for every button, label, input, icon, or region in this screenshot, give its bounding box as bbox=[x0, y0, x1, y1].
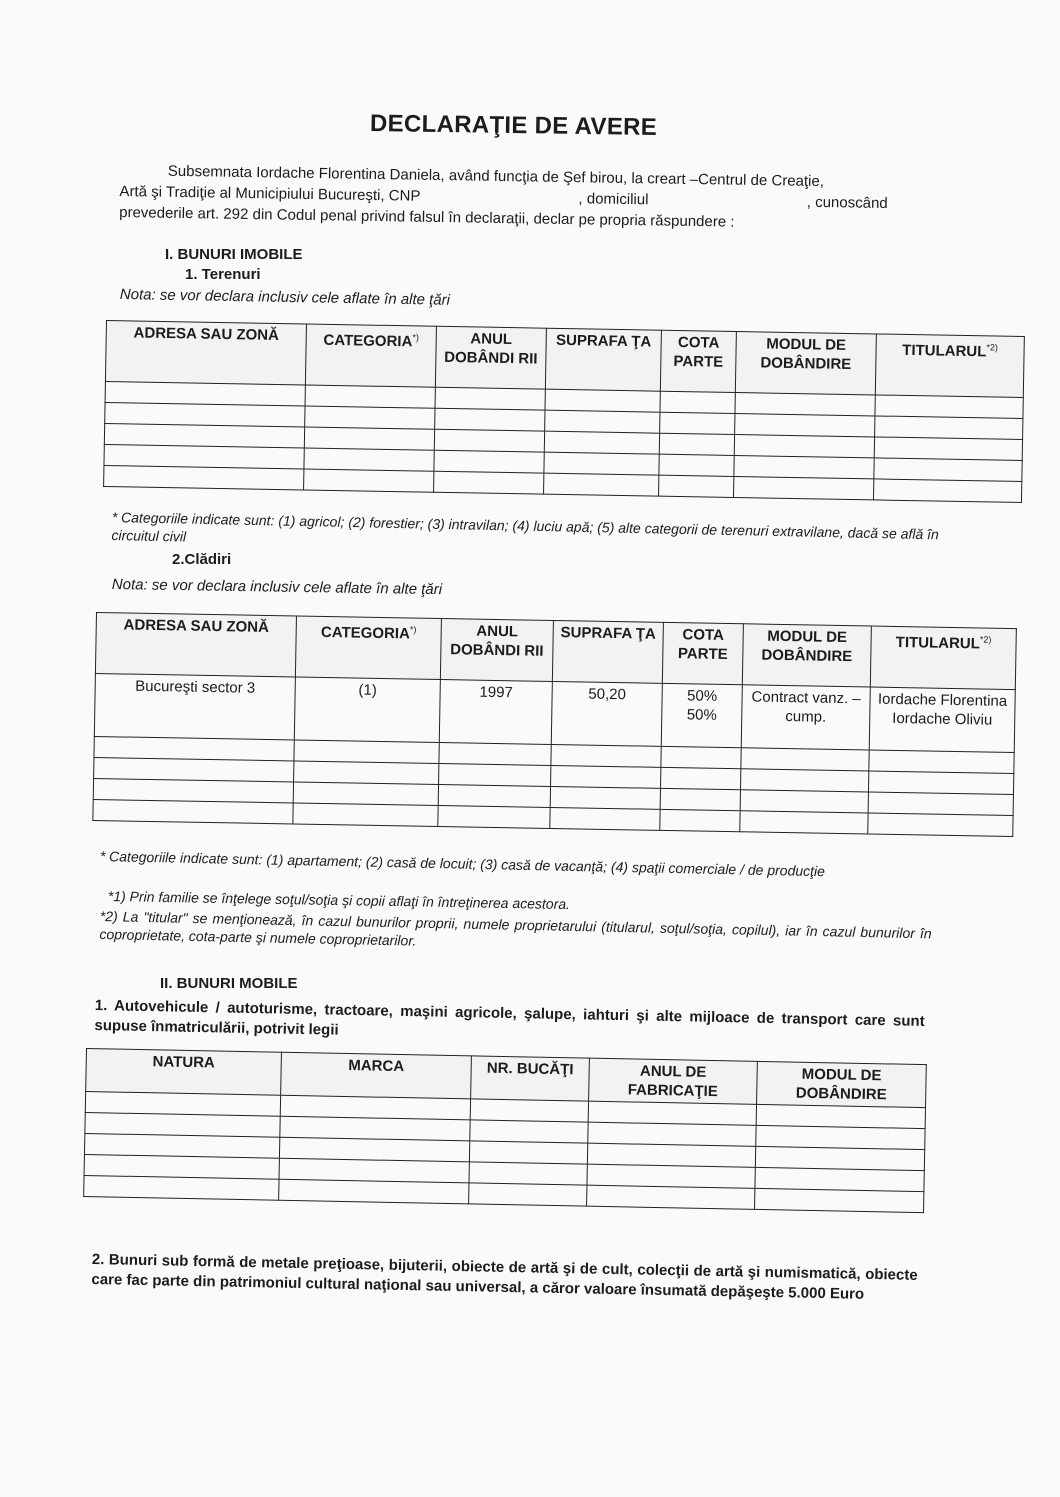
column-header: MODUL DE DOBÂNDIRE bbox=[735, 332, 876, 395]
column-header: SUPRAFA ŢA bbox=[552, 620, 663, 683]
table-cell bbox=[544, 473, 659, 496]
domiciliu-blank bbox=[653, 204, 803, 206]
table-cell bbox=[587, 1185, 755, 1209]
table-cell bbox=[868, 813, 1013, 837]
table-cell bbox=[875, 395, 1023, 419]
table-cell bbox=[434, 471, 544, 494]
section-bunuri-imobile: I. BUNURI IMOBILE bbox=[165, 246, 303, 263]
table-cell bbox=[868, 792, 1013, 816]
table-cell bbox=[304, 469, 434, 492]
table-cell bbox=[439, 764, 551, 787]
column-header: MARCA bbox=[281, 1052, 472, 1099]
column-header: TITULARUL*2) bbox=[875, 334, 1024, 398]
bunuri-pretioase-heading: 2. Bunuri sub formă de metale preţioase,… bbox=[91, 1250, 918, 1306]
table-cell bbox=[869, 750, 1014, 774]
table-cell bbox=[875, 416, 1023, 440]
document-page: DECLARAŢIE DE AVERE Subsemnata Iordache … bbox=[0, 0, 1060, 1497]
table-cell bbox=[873, 479, 1021, 503]
table-cell: 50,20 bbox=[551, 681, 662, 746]
table-cell bbox=[660, 391, 735, 413]
column-header: ANUL DOBÂNDI RII bbox=[435, 326, 546, 389]
terenuri-note: Nota: se vor declara inclusiv cele aflat… bbox=[120, 286, 450, 309]
table-cell bbox=[740, 790, 868, 813]
cnp-blank bbox=[424, 201, 574, 203]
column-header: SUPRAFA ŢA bbox=[545, 328, 661, 391]
intro-paragraph: Subsemnata Iordache Florentina Daniela, … bbox=[119, 160, 960, 236]
column-header: ADRESA SAU ZONĂ bbox=[95, 613, 296, 677]
table-cell bbox=[660, 788, 740, 810]
table-cell bbox=[293, 803, 438, 827]
table-cell: (1) bbox=[294, 677, 440, 743]
section-terenuri: 1. Terenuri bbox=[185, 266, 261, 283]
table-cell bbox=[293, 782, 438, 806]
table-cell bbox=[755, 1188, 924, 1212]
table-cell bbox=[279, 1179, 469, 1204]
table-cell bbox=[469, 1162, 587, 1185]
table-cell bbox=[439, 743, 551, 766]
terenuri-footnote: * Categoriile indicate sunt: (1) agricol… bbox=[111, 508, 972, 562]
column-header: NATURA bbox=[86, 1049, 282, 1096]
column-header: NR. BUCĂŢI bbox=[471, 1056, 590, 1101]
terenuri-table: ADRESA SAU ZONĂCATEGORIA*)ANUL DOBÂNDI R… bbox=[103, 320, 1025, 503]
table-cell bbox=[434, 450, 544, 473]
autovehicule-table: NATURAMARCANR. BUCĂŢIANUL DE FABRICAŢIEM… bbox=[83, 1048, 927, 1213]
table-cell bbox=[469, 1183, 587, 1206]
table-cell bbox=[659, 454, 734, 476]
table-cell: Bucureşti sector 3 bbox=[94, 673, 295, 739]
table-cell bbox=[544, 431, 659, 454]
column-header: MODUL DE DOBÂNDIRE bbox=[742, 624, 871, 687]
table-cell bbox=[660, 412, 735, 434]
document-title: DECLARAŢIE DE AVERE bbox=[370, 110, 657, 142]
table-cell bbox=[734, 455, 874, 478]
table-cell bbox=[550, 786, 660, 809]
table-cell bbox=[551, 744, 661, 767]
section-bunuri-mobile: II. BUNURI MOBILE bbox=[160, 975, 298, 992]
table-cell bbox=[660, 809, 740, 831]
table-cell bbox=[545, 410, 660, 433]
column-header: MODUL DE DOBÂNDIRE bbox=[757, 1061, 927, 1107]
autovehicule-heading: 1. Autovehicule / autoturisme, tractoare… bbox=[94, 996, 925, 1052]
table-cell bbox=[874, 458, 1022, 482]
table-cell bbox=[661, 767, 741, 789]
table-cell bbox=[740, 811, 868, 834]
cladiri-table: ADRESA SAU ZONĂCATEGORIA*)ANUL DOBÂNDI R… bbox=[92, 612, 1017, 837]
table-cell bbox=[305, 385, 435, 408]
column-header: ANUL DE FABRICAŢIE bbox=[589, 1058, 758, 1104]
table-cell bbox=[544, 452, 659, 475]
table-cell bbox=[550, 807, 660, 830]
table-cell bbox=[733, 476, 873, 499]
table-cell bbox=[469, 1141, 587, 1164]
column-header: COTA PARTE bbox=[662, 622, 743, 684]
table-cell bbox=[304, 448, 434, 471]
table-cell bbox=[294, 740, 439, 764]
table-cell bbox=[438, 806, 550, 829]
table-cell bbox=[740, 769, 868, 792]
table-cell bbox=[470, 1120, 588, 1143]
table-cell bbox=[874, 437, 1022, 461]
table-cell bbox=[435, 387, 545, 410]
section-cladiri: 2.Clădiri bbox=[172, 551, 231, 568]
table-cell bbox=[434, 429, 544, 452]
table-cell bbox=[304, 427, 434, 450]
table-cell bbox=[84, 1175, 279, 1200]
table-cell bbox=[305, 406, 435, 429]
table-cell bbox=[93, 799, 293, 823]
table-cell: 1997 bbox=[439, 680, 552, 745]
table-cell bbox=[470, 1099, 588, 1122]
table-cell bbox=[551, 765, 661, 788]
cladiri-note: Nota: se vor declara inclusiv cele aflat… bbox=[112, 576, 442, 598]
table-cell bbox=[735, 413, 875, 436]
column-header: CATEGORIA*) bbox=[295, 616, 441, 680]
table-cell bbox=[868, 771, 1013, 795]
table-cell bbox=[438, 785, 550, 808]
table-cell: Contract vanz. –cump. bbox=[741, 685, 870, 750]
table-cell bbox=[104, 465, 304, 489]
table-cell bbox=[734, 434, 874, 457]
table-cell: 50% 50% bbox=[661, 683, 742, 747]
table-cell bbox=[741, 748, 869, 771]
column-header: ADRESA SAU ZONĂ bbox=[105, 321, 306, 385]
table-cell bbox=[545, 389, 660, 412]
table-cell bbox=[661, 746, 741, 768]
table-cell bbox=[659, 433, 734, 455]
table-cell bbox=[659, 475, 734, 497]
column-header: CATEGORIA*) bbox=[305, 324, 436, 387]
table-cell bbox=[435, 408, 545, 431]
column-header: COTA PARTE bbox=[660, 330, 736, 392]
table-cell bbox=[294, 761, 439, 785]
table-cell bbox=[735, 392, 875, 415]
column-header: TITULARUL*2) bbox=[870, 626, 1016, 690]
cladiri-footnote: * Categoriile indicate sunt: (1) apartam… bbox=[100, 847, 950, 883]
table-cell: Iordache Florentina Iordache Oliviu bbox=[869, 687, 1015, 753]
column-header: ANUL DOBÂNDI RII bbox=[440, 619, 553, 682]
